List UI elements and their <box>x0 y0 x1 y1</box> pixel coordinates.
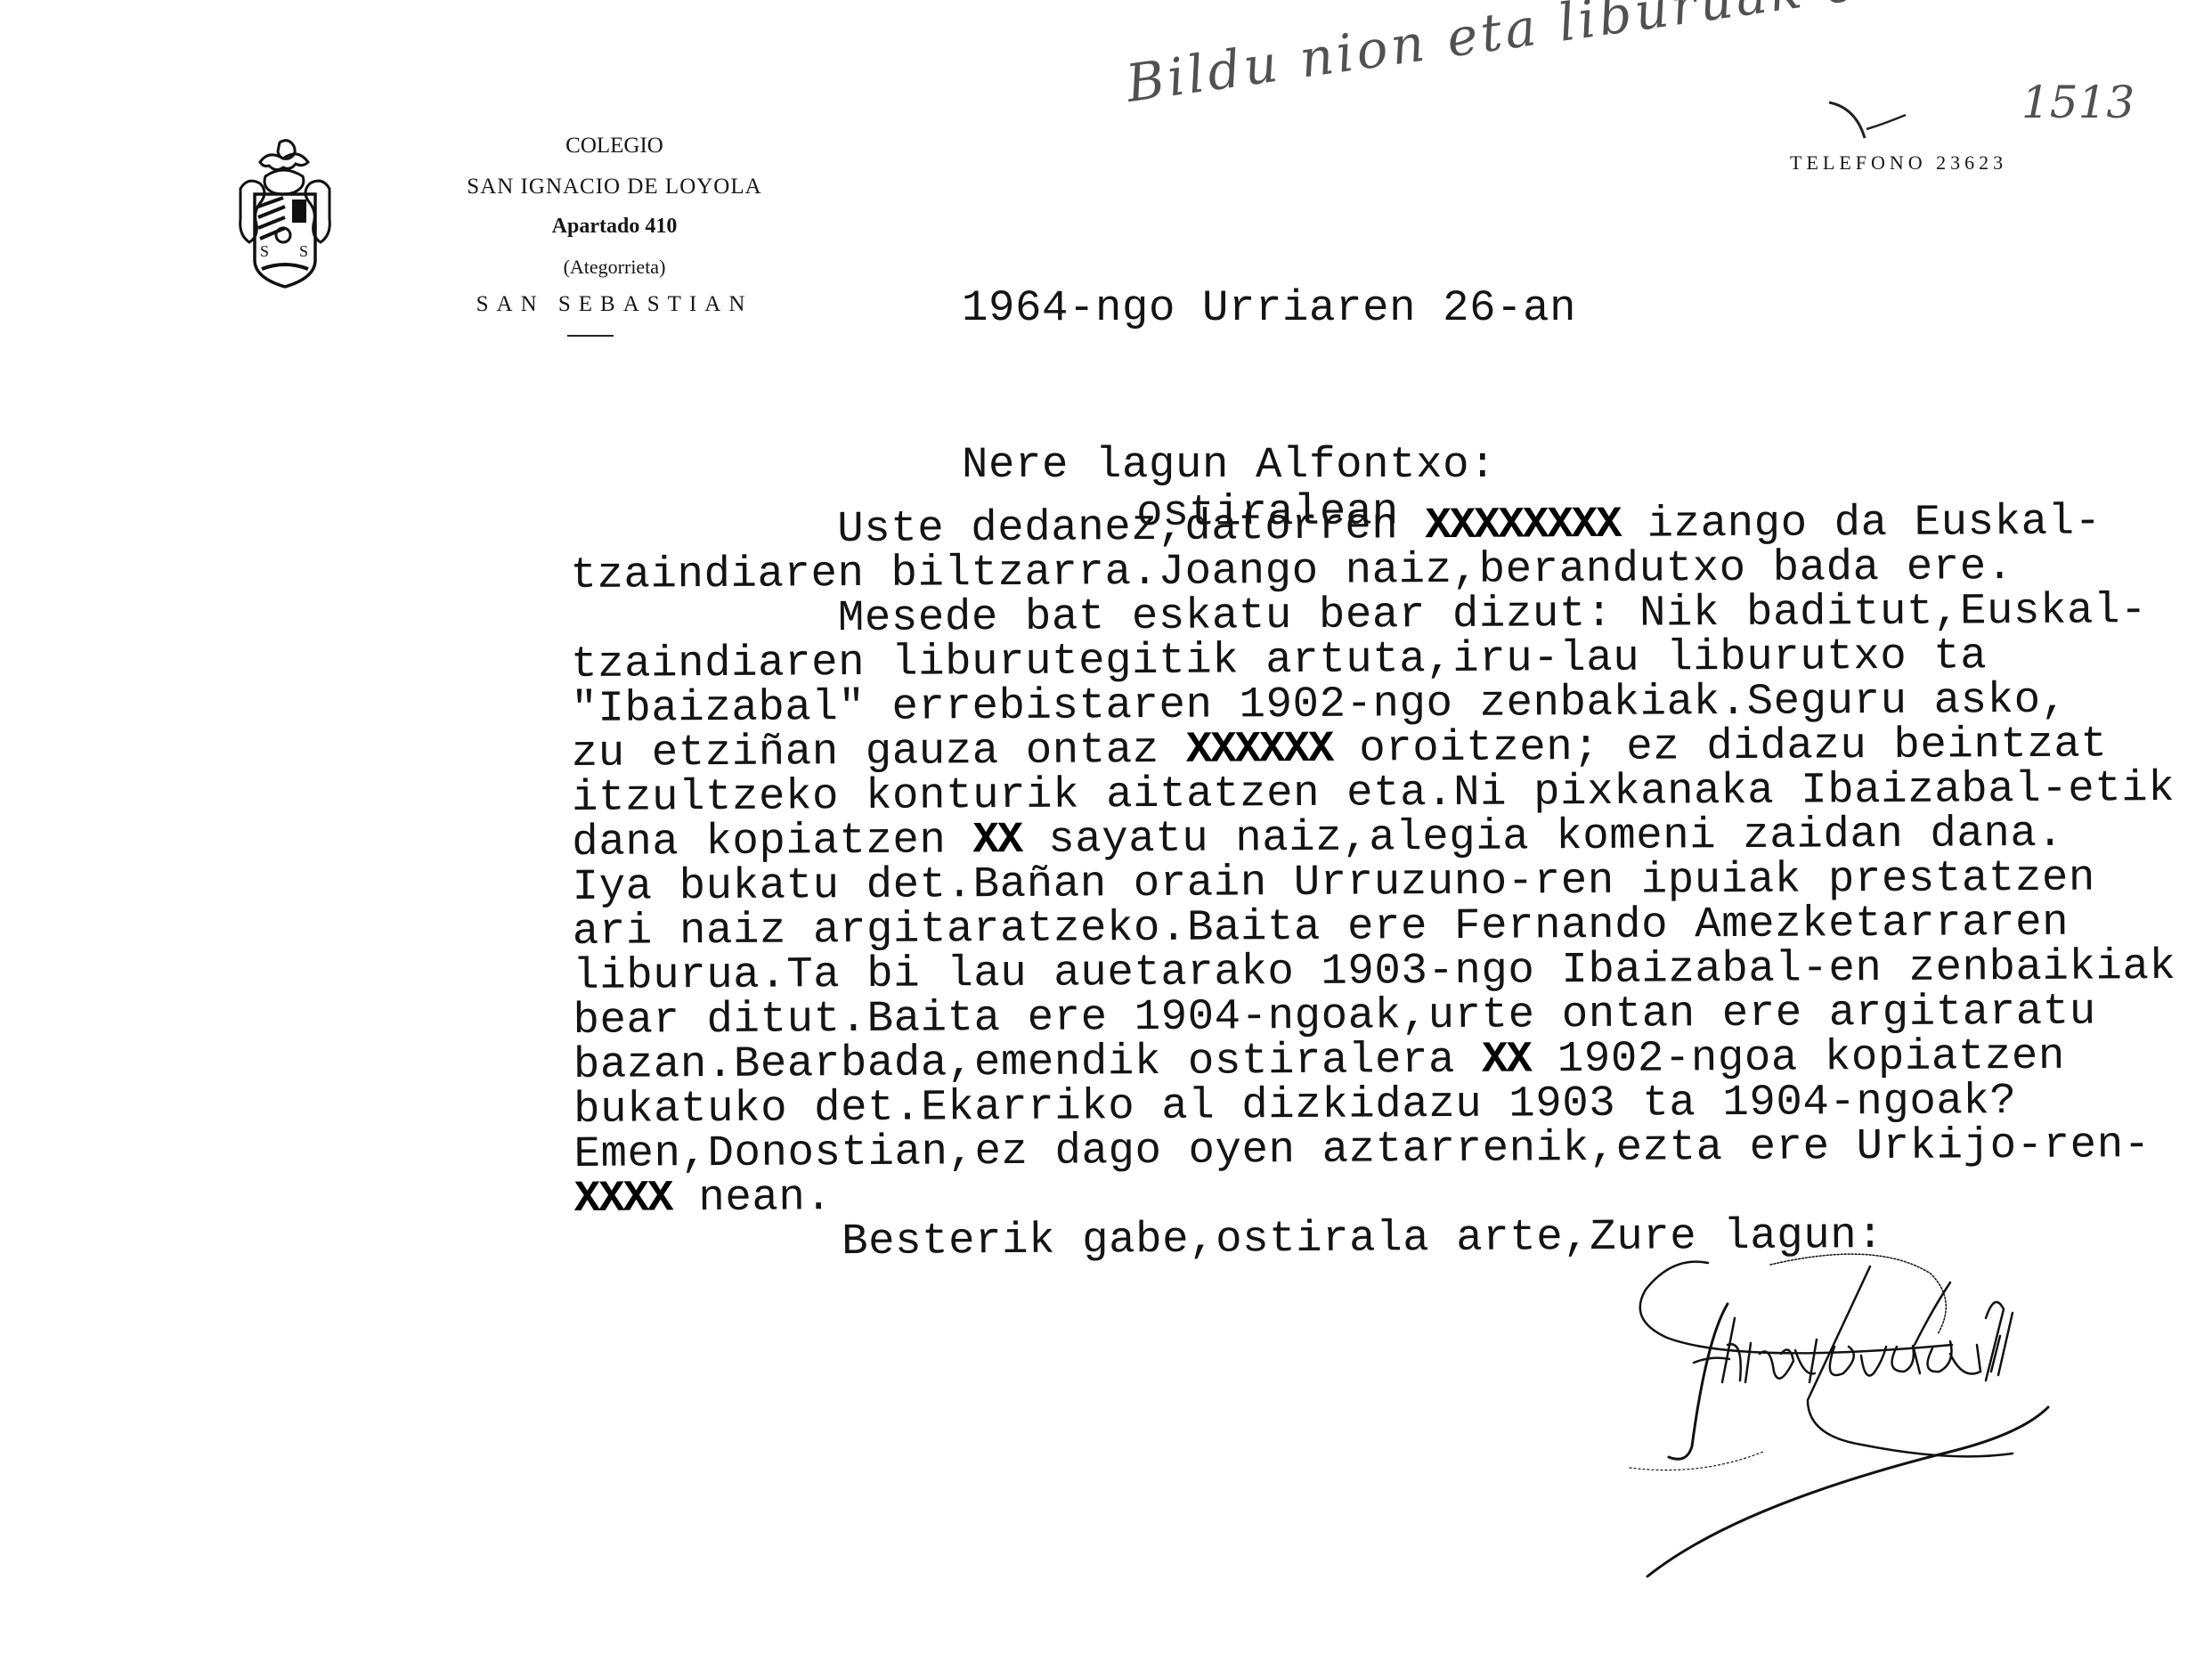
svg-text:S: S <box>260 242 269 260</box>
pencil-checkmark-icon <box>1817 94 1923 147</box>
line-text: izango da Euskal- <box>1620 496 2101 549</box>
letterhead-rule <box>567 335 614 337</box>
line-text: Emen,Donostian,ez dago oyen aztarrenik,e… <box>573 1120 2151 1179</box>
letter-page: S S COLEGIO SAN IGNACIO DE LOYOLA Aparta… <box>0 0 2212 1653</box>
letterhead-city: SAN SEBASTIAN <box>392 292 837 317</box>
letterhead-institution: COLEGIO <box>392 134 837 159</box>
letter-line: Emen,Donostian,ez dago oyen aztarrenik,e… <box>573 1120 2151 1179</box>
struck-out-text: XXXX <box>574 1173 672 1224</box>
struck-out-text: XX <box>972 815 1021 865</box>
svg-text:S: S <box>299 242 308 260</box>
struck-out-text: XXXXXXXX <box>1425 500 1621 550</box>
letterhead-telephone: TELEFONO 23623 <box>1790 151 2007 175</box>
letter-date: 1964-ngo Urriaren 26-an <box>962 283 1576 333</box>
struck-out-text: XXXXXX <box>1186 724 1333 775</box>
letter-line: XXXX nean. <box>574 1172 833 1224</box>
letterhead-district: (Ategorrieta) <box>392 256 837 279</box>
handwritten-signature-icon <box>1594 1247 2208 1621</box>
letter-greeting: Nere lagun Alfontxo: <box>962 440 1496 490</box>
line-text: nean. <box>671 1172 832 1223</box>
letterhead-po-box: Apartado 410 <box>392 215 837 239</box>
handwritten-number: 1513 <box>2021 77 2135 128</box>
letterhead-school-name: SAN IGNACIO DE LOYOLA <box>392 175 837 199</box>
struck-out-text: XX <box>1482 1034 1531 1084</box>
letter-body: ostiralean Uste dedanez,datorren XXXXXXX… <box>570 488 2212 499</box>
coat-of-arms-icon: S S <box>233 135 337 292</box>
